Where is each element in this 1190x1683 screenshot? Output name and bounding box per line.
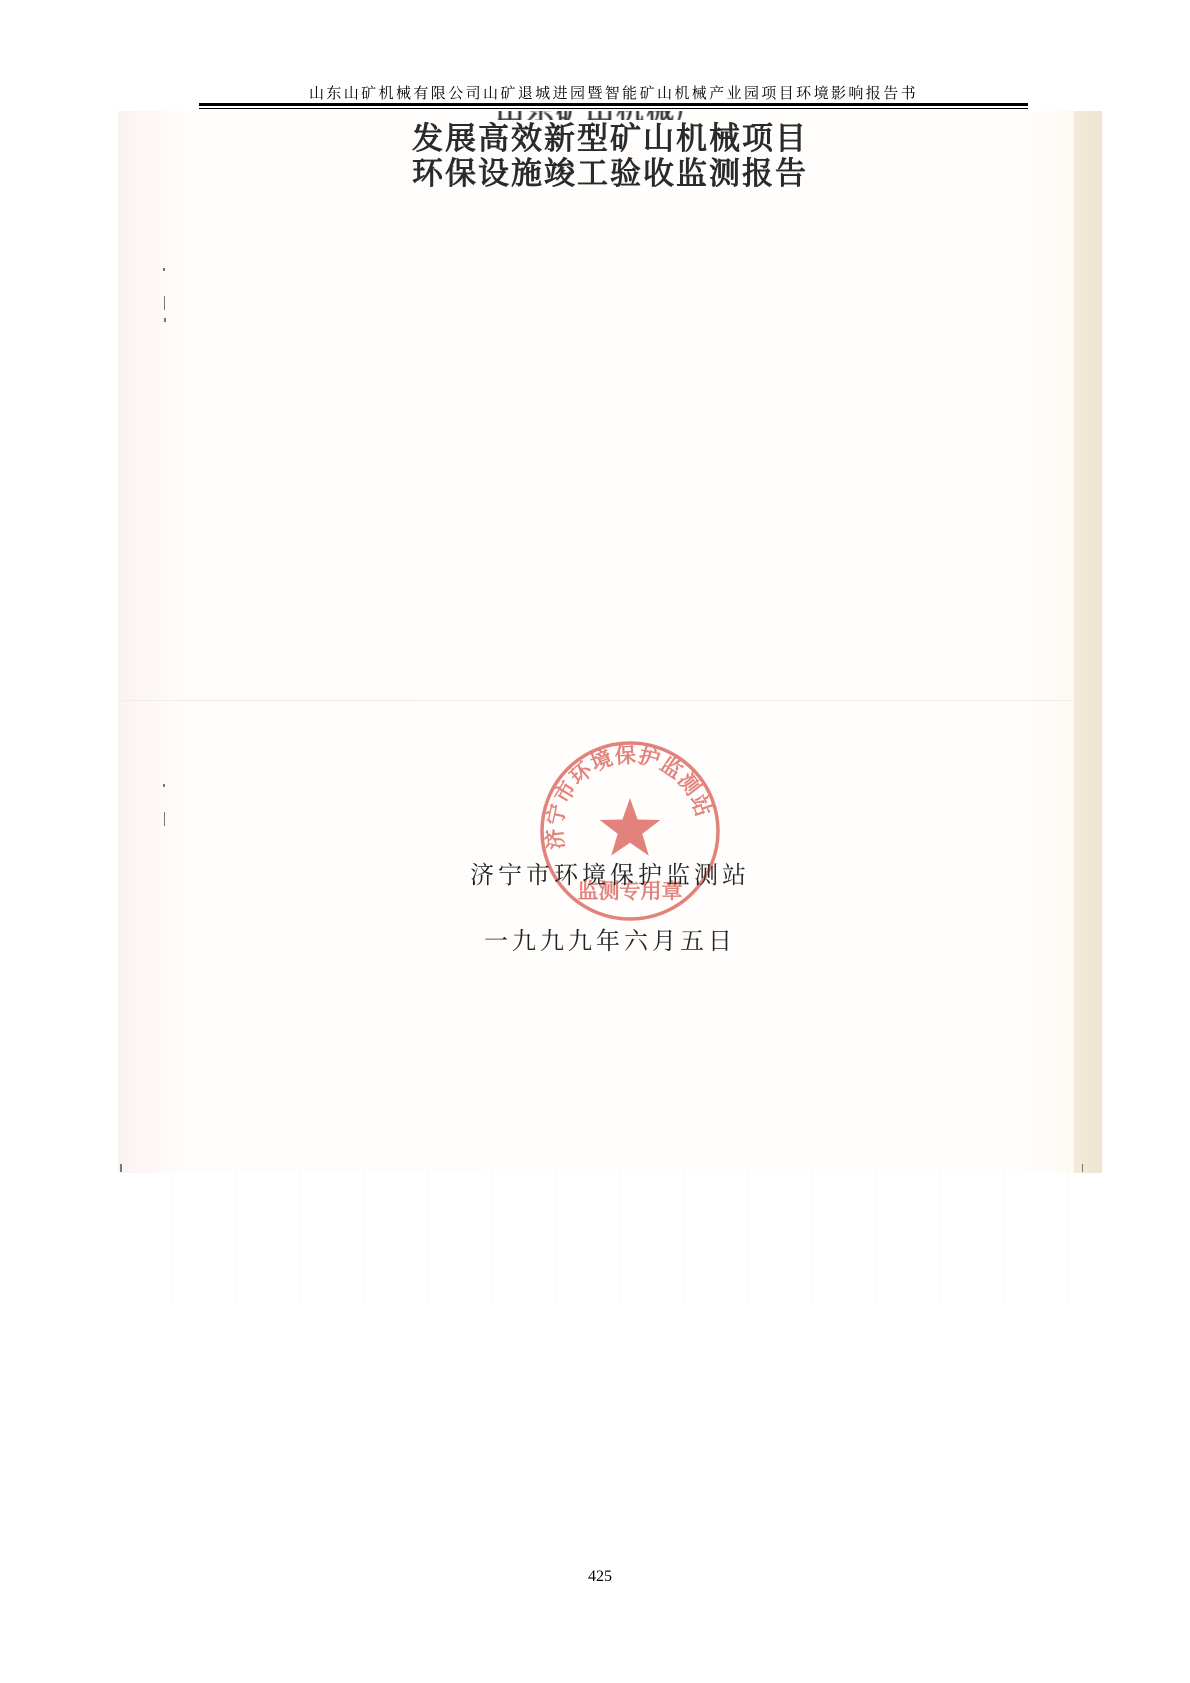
document-title-line-1: 发展高效新型矿山机械项目	[380, 122, 840, 156]
scan-edge-mark	[164, 812, 165, 826]
scan-edge-mark	[120, 1164, 122, 1172]
scanned-page-ghost	[110, 1173, 1100, 1305]
official-seal-stamp: 济宁市环境保护监测站 监测专用章	[535, 736, 725, 926]
seal-star-icon	[600, 798, 661, 856]
scan-edge-mark	[164, 296, 165, 310]
scan-edge-mark	[164, 318, 166, 322]
scanned-page-image	[118, 111, 1102, 1173]
page-number: 425	[545, 1568, 655, 1586]
issuing-organization: 济宁市环境保护监测站	[460, 860, 760, 890]
scan-edge-mark	[1082, 1164, 1083, 1172]
scan-fold-line	[118, 700, 1074, 701]
issue-date: 一九九九年六月五日	[460, 926, 760, 956]
header-rule-thick	[199, 103, 1028, 106]
document-title-line-2: 环保设施竣工验收监测报告	[380, 157, 840, 191]
header-rule-thin	[199, 108, 1028, 109]
running-header: 山东山矿机械有限公司山矿退城进园暨智能矿山机械产业园项目环境影响报告书	[199, 84, 1028, 102]
document-title-cut-line: 山东矿山机械厂	[496, 111, 716, 120]
scan-edge-mark	[163, 784, 165, 787]
scan-edge-mark	[163, 268, 165, 271]
